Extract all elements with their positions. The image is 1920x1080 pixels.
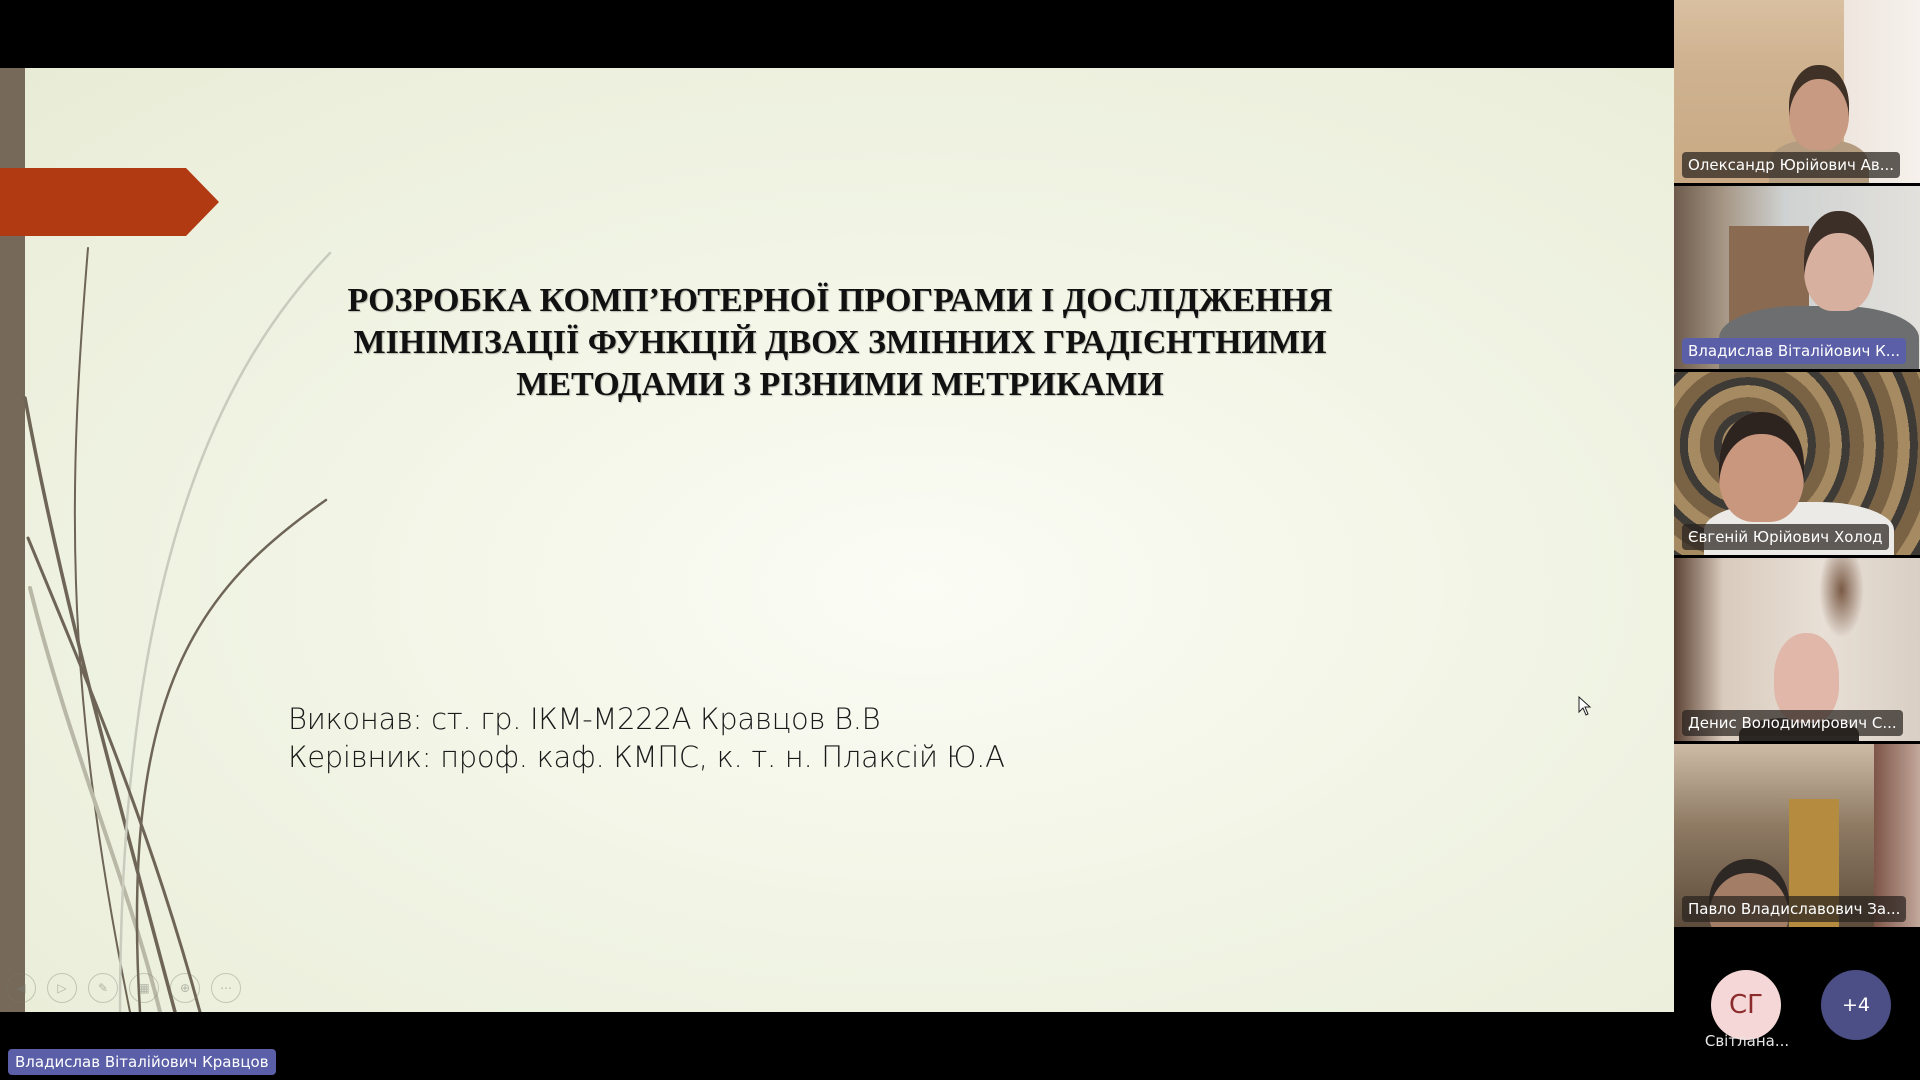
participant-tile[interactable]: Олександр Юрійович Ав...	[1674, 0, 1920, 183]
more-options-icon: ⋯	[220, 981, 232, 995]
title-line: МЕТОДАМИ З РІЗНИМИ МЕТРИКАМИ	[280, 364, 1400, 406]
slides-grid-button[interactable]: ▦	[129, 973, 159, 1003]
slide-controls: ◀ ▷ ✎ ▦ ⊕ ⋯	[6, 973, 241, 1003]
avatar-participant-name: Світлана...	[1692, 1032, 1802, 1050]
previous-slide-icon: ◀	[16, 981, 25, 995]
participant-name: Євгеній Юрійович Холод	[1682, 524, 1889, 550]
zoom-button[interactable]: ⊕	[170, 973, 200, 1003]
author-line: Виконав: ст. гр. ІКМ-М222А Кравцов В.В	[288, 700, 1005, 738]
title-line: РОЗРОБКА КОМП’ЮТЕРНОЇ ПРОГРАМИ І ДОСЛІДЖ…	[280, 280, 1400, 322]
participant-face	[1804, 211, 1874, 311]
shared-screen-slide: РОЗРОБКА КОМП’ЮТЕРНОЇ ПРОГРАМИ І ДОСЛІДЖ…	[0, 68, 1674, 1012]
presenter-name-label: Владислав Віталійович Кравцов	[8, 1049, 276, 1075]
more-participants-button[interactable]: +4	[1821, 970, 1891, 1040]
participant-tile[interactable]: Євгеній Юрійович Холод	[1674, 372, 1920, 555]
slide-arrow-banner	[0, 168, 219, 236]
previous-slide-button[interactable]: ◀	[6, 973, 36, 1003]
more-options-button[interactable]: ⋯	[211, 973, 241, 1003]
participant-tile[interactable]: Денис Володимирович С...	[1674, 558, 1920, 741]
mouse-cursor-icon	[1578, 696, 1592, 716]
pen-button[interactable]: ✎	[88, 973, 118, 1003]
participant-tile[interactable]: Владислав Віталійович К...	[1674, 186, 1920, 369]
participant-name: Павло Владиславович За...	[1682, 896, 1906, 922]
participant-name: Денис Володимирович С...	[1682, 710, 1903, 736]
title-line: МІНІМІЗАЦІЇ ФУНКЦІЙ ДВОХ ЗМІННИХ ГРАДІЄН…	[280, 322, 1400, 364]
participant-name: Владислав Віталійович К...	[1682, 338, 1906, 364]
participant-tile[interactable]: Павло Владиславович За...	[1674, 744, 1920, 927]
participant-face	[1719, 412, 1804, 522]
participants-panel: Олександр Юрійович Ав... Владислав Вітал…	[1674, 0, 1920, 1080]
pen-icon: ✎	[98, 981, 108, 995]
supervisor-line: Керівник: проф. каф. КМПС, к. т. н. Плак…	[288, 738, 1005, 776]
slide-title: РОЗРОБКА КОМП’ЮТЕРНОЇ ПРОГРАМИ І ДОСЛІДЖ…	[280, 280, 1400, 406]
participant-face	[1789, 65, 1849, 150]
slide-author-info: Виконав: ст. гр. ІКМ-М222А Кравцов В.В К…	[288, 700, 1005, 776]
zoom-icon: ⊕	[180, 981, 190, 995]
participant-avatar[interactable]: СГ	[1711, 970, 1781, 1040]
participant-name: Олександр Юрійович Ав...	[1682, 152, 1900, 178]
slides-grid-icon: ▦	[138, 981, 149, 995]
next-slide-icon: ▷	[57, 981, 66, 995]
next-slide-button[interactable]: ▷	[47, 973, 77, 1003]
